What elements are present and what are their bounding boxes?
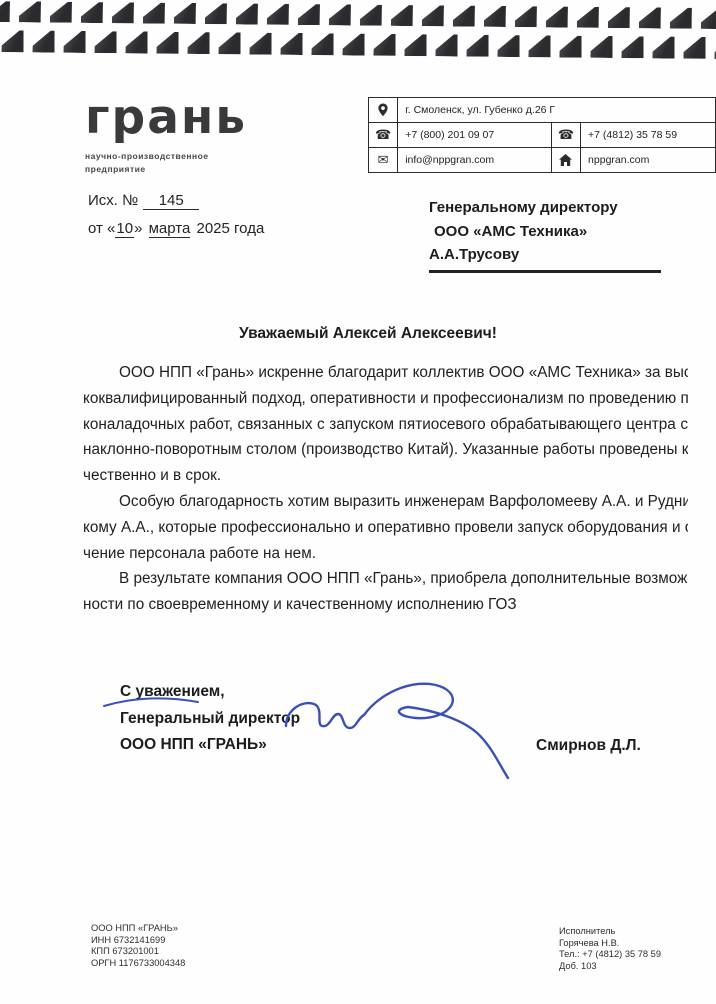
footer-executor-details: Исполнитель Горячева Н.В. Тел.: +7 (4812… [559, 926, 661, 972]
company-logo: грань научно-производственное предприяти… [85, 94, 247, 176]
date-close-quote: » [134, 220, 142, 237]
body-line: Особую благодарность хотим выразить инже… [83, 489, 688, 515]
deco-triangle [64, 31, 86, 53]
deco-triangle [435, 34, 457, 56]
deco-triangle [33, 30, 55, 52]
deco-triangle [50, 2, 72, 23]
logo-subtitle: научно-производственное предприятие [85, 150, 247, 176]
deco-triangle [422, 5, 444, 26]
body-line: чение персонала работе на нем. [83, 541, 688, 567]
body-line: чественно и в срок. [83, 463, 688, 489]
reference-date-line: от «10» марта 2025 года [88, 220, 264, 237]
deco-triangle [157, 32, 179, 54]
contact-row-web: ✉ info@nppgran.com nppgran.com [369, 148, 716, 173]
deco-triangle [81, 2, 103, 23]
deco-triangle [652, 36, 674, 58]
logo-wordmark: грань [85, 94, 247, 141]
deco-triangle [515, 6, 537, 27]
contact-row-phones: ☎ +7 (800) 201 09 07 ☎ +7 (4812) 35 78 5… [369, 123, 716, 148]
body-line: коквалифицированный подход, оперативност… [83, 386, 688, 412]
contact-email: info@nppgran.com [398, 148, 552, 173]
footer-ogrn: ОРГН 1176733004348 [91, 958, 185, 970]
body-line: кому А.А., которые профессионально и опе… [83, 515, 688, 541]
footer-kpp: КПП 673201001 [91, 946, 185, 958]
deco-triangle [218, 32, 240, 54]
deco-triangle [0, 1, 10, 22]
deco-triangle [528, 35, 550, 57]
deco-triangle [112, 2, 134, 23]
deco-triangle [329, 4, 351, 25]
deco-triangle [311, 33, 333, 55]
salutation: Уважаемый Алексей Алексеевич! [83, 325, 653, 343]
deco-triangle [466, 35, 488, 57]
letter-body: ООО НПП «Грань» искренне благодарит колл… [83, 360, 688, 618]
deco-triangle [453, 5, 475, 26]
deco-triangle [577, 7, 599, 28]
reference-number-line: Исх. №145 [88, 192, 264, 210]
reference-block: Исх. №145 от «10» марта 2025 года [88, 192, 264, 237]
deco-triangle [174, 3, 196, 24]
reference-number-label: Исх. № [88, 192, 138, 209]
signoff-title-line1: Генеральный директор [120, 706, 300, 733]
deco-triangle [484, 6, 506, 27]
recipient-block: Генеральному директору ООО «АМС Техника»… [429, 196, 661, 273]
reference-number-value: 145 [143, 192, 199, 210]
contact-address: г. Смоленск, ул. Губенко д.26 Г [398, 98, 716, 123]
decorative-header-band [0, 1, 716, 67]
recipient-person: А.А.Трусову [429, 243, 661, 267]
date-day: 10 [115, 220, 134, 238]
deco-triangle [249, 33, 271, 55]
deco-triangle [404, 34, 426, 56]
deco-triangle [360, 5, 382, 26]
deco-triangle [205, 3, 227, 24]
deco-triangle [701, 8, 716, 29]
recipient-position: Генеральному директору [429, 196, 661, 220]
deco-triangle [126, 31, 148, 53]
signer-name: Смирнов Д.Л. [536, 737, 641, 755]
footer-inn: ИНН 6732141699 [91, 935, 185, 947]
footer-company-details: ООО НПП «ГРАНЬ» ИНН 6732141699 КПП 67320… [91, 923, 185, 969]
deco-triangle-row [0, 1, 716, 29]
deco-triangle [639, 7, 661, 28]
footer-executor-label: Исполнитель [559, 926, 661, 938]
logo-subtitle-line1: научно-производственное [85, 150, 247, 163]
home-icon [551, 148, 580, 173]
footer-executor-name: Горячева Н.В. [559, 938, 661, 950]
body-line: ности по своевременному и качественному … [83, 592, 688, 618]
contact-phone-1: +7 (800) 201 09 07 [398, 123, 552, 148]
date-month: марта [149, 220, 191, 238]
contact-phone-2: +7 (4812) 35 78 59 [581, 123, 716, 148]
envelope-icon: ✉ [369, 148, 398, 173]
deco-triangle [608, 7, 630, 28]
logo-subtitle-line2: предприятие [85, 163, 247, 176]
deco-triangle [497, 35, 519, 57]
body-line: коналадочных работ, связанных с запуском… [83, 412, 688, 438]
deco-triangle [2, 30, 24, 52]
deco-triangle [546, 6, 568, 27]
deco-triangle [236, 3, 258, 24]
footer-executor-phone: Тел.: +7 (4812) 35 78 59 [559, 949, 661, 961]
deco-triangle [19, 1, 41, 22]
deco-triangle [342, 33, 364, 55]
contact-row-address: г. Смоленск, ул. Губенко д.26 Г [369, 98, 716, 123]
deco-triangle [683, 37, 705, 59]
deco-triangle [670, 8, 692, 29]
date-year: 2025 года [197, 220, 265, 237]
scanned-letter-page: грань научно-производственное предприяти… [0, 0, 716, 1004]
deco-triangle [280, 33, 302, 55]
body-line: наклонно-поворотным столом (производство… [83, 437, 688, 463]
deco-triangle [559, 35, 581, 57]
recipient-company: ООО «АМС Техника» [429, 220, 661, 244]
body-line: ООО НПП «Грань» искренне благодарит колл… [83, 360, 688, 386]
signoff-block: С уважением, Генеральный директор ООО НП… [120, 679, 300, 759]
deco-triangle [298, 4, 320, 25]
deco-triangle [391, 5, 413, 26]
footer-company-name: ООО НПП «ГРАНЬ» [91, 923, 185, 935]
deco-triangle [143, 2, 165, 23]
deco-triangle [621, 36, 643, 58]
date-prefix: от « [88, 220, 115, 237]
location-pin-icon [369, 98, 398, 123]
telephone-icon: ☎ [369, 123, 398, 148]
contact-website: nppgran.com [581, 148, 716, 173]
deco-triangle [373, 34, 395, 56]
deco-triangle-row [0, 30, 716, 60]
deco-triangle [267, 4, 289, 25]
deco-triangle [95, 31, 117, 53]
deco-triangle [188, 32, 210, 54]
body-line: В результате компания ООО НПП «Грань», п… [83, 566, 688, 592]
contact-table: г. Смоленск, ул. Губенко д.26 Г ☎ +7 (80… [368, 97, 716, 173]
telephone-icon: ☎ [551, 123, 580, 148]
signoff-title-line2: ООО НПП «ГРАНЬ» [120, 732, 300, 759]
deco-triangle [590, 36, 612, 58]
signoff-closing: С уважением, [120, 679, 300, 706]
footer-executor-ext: Доб. 103 [559, 961, 661, 973]
